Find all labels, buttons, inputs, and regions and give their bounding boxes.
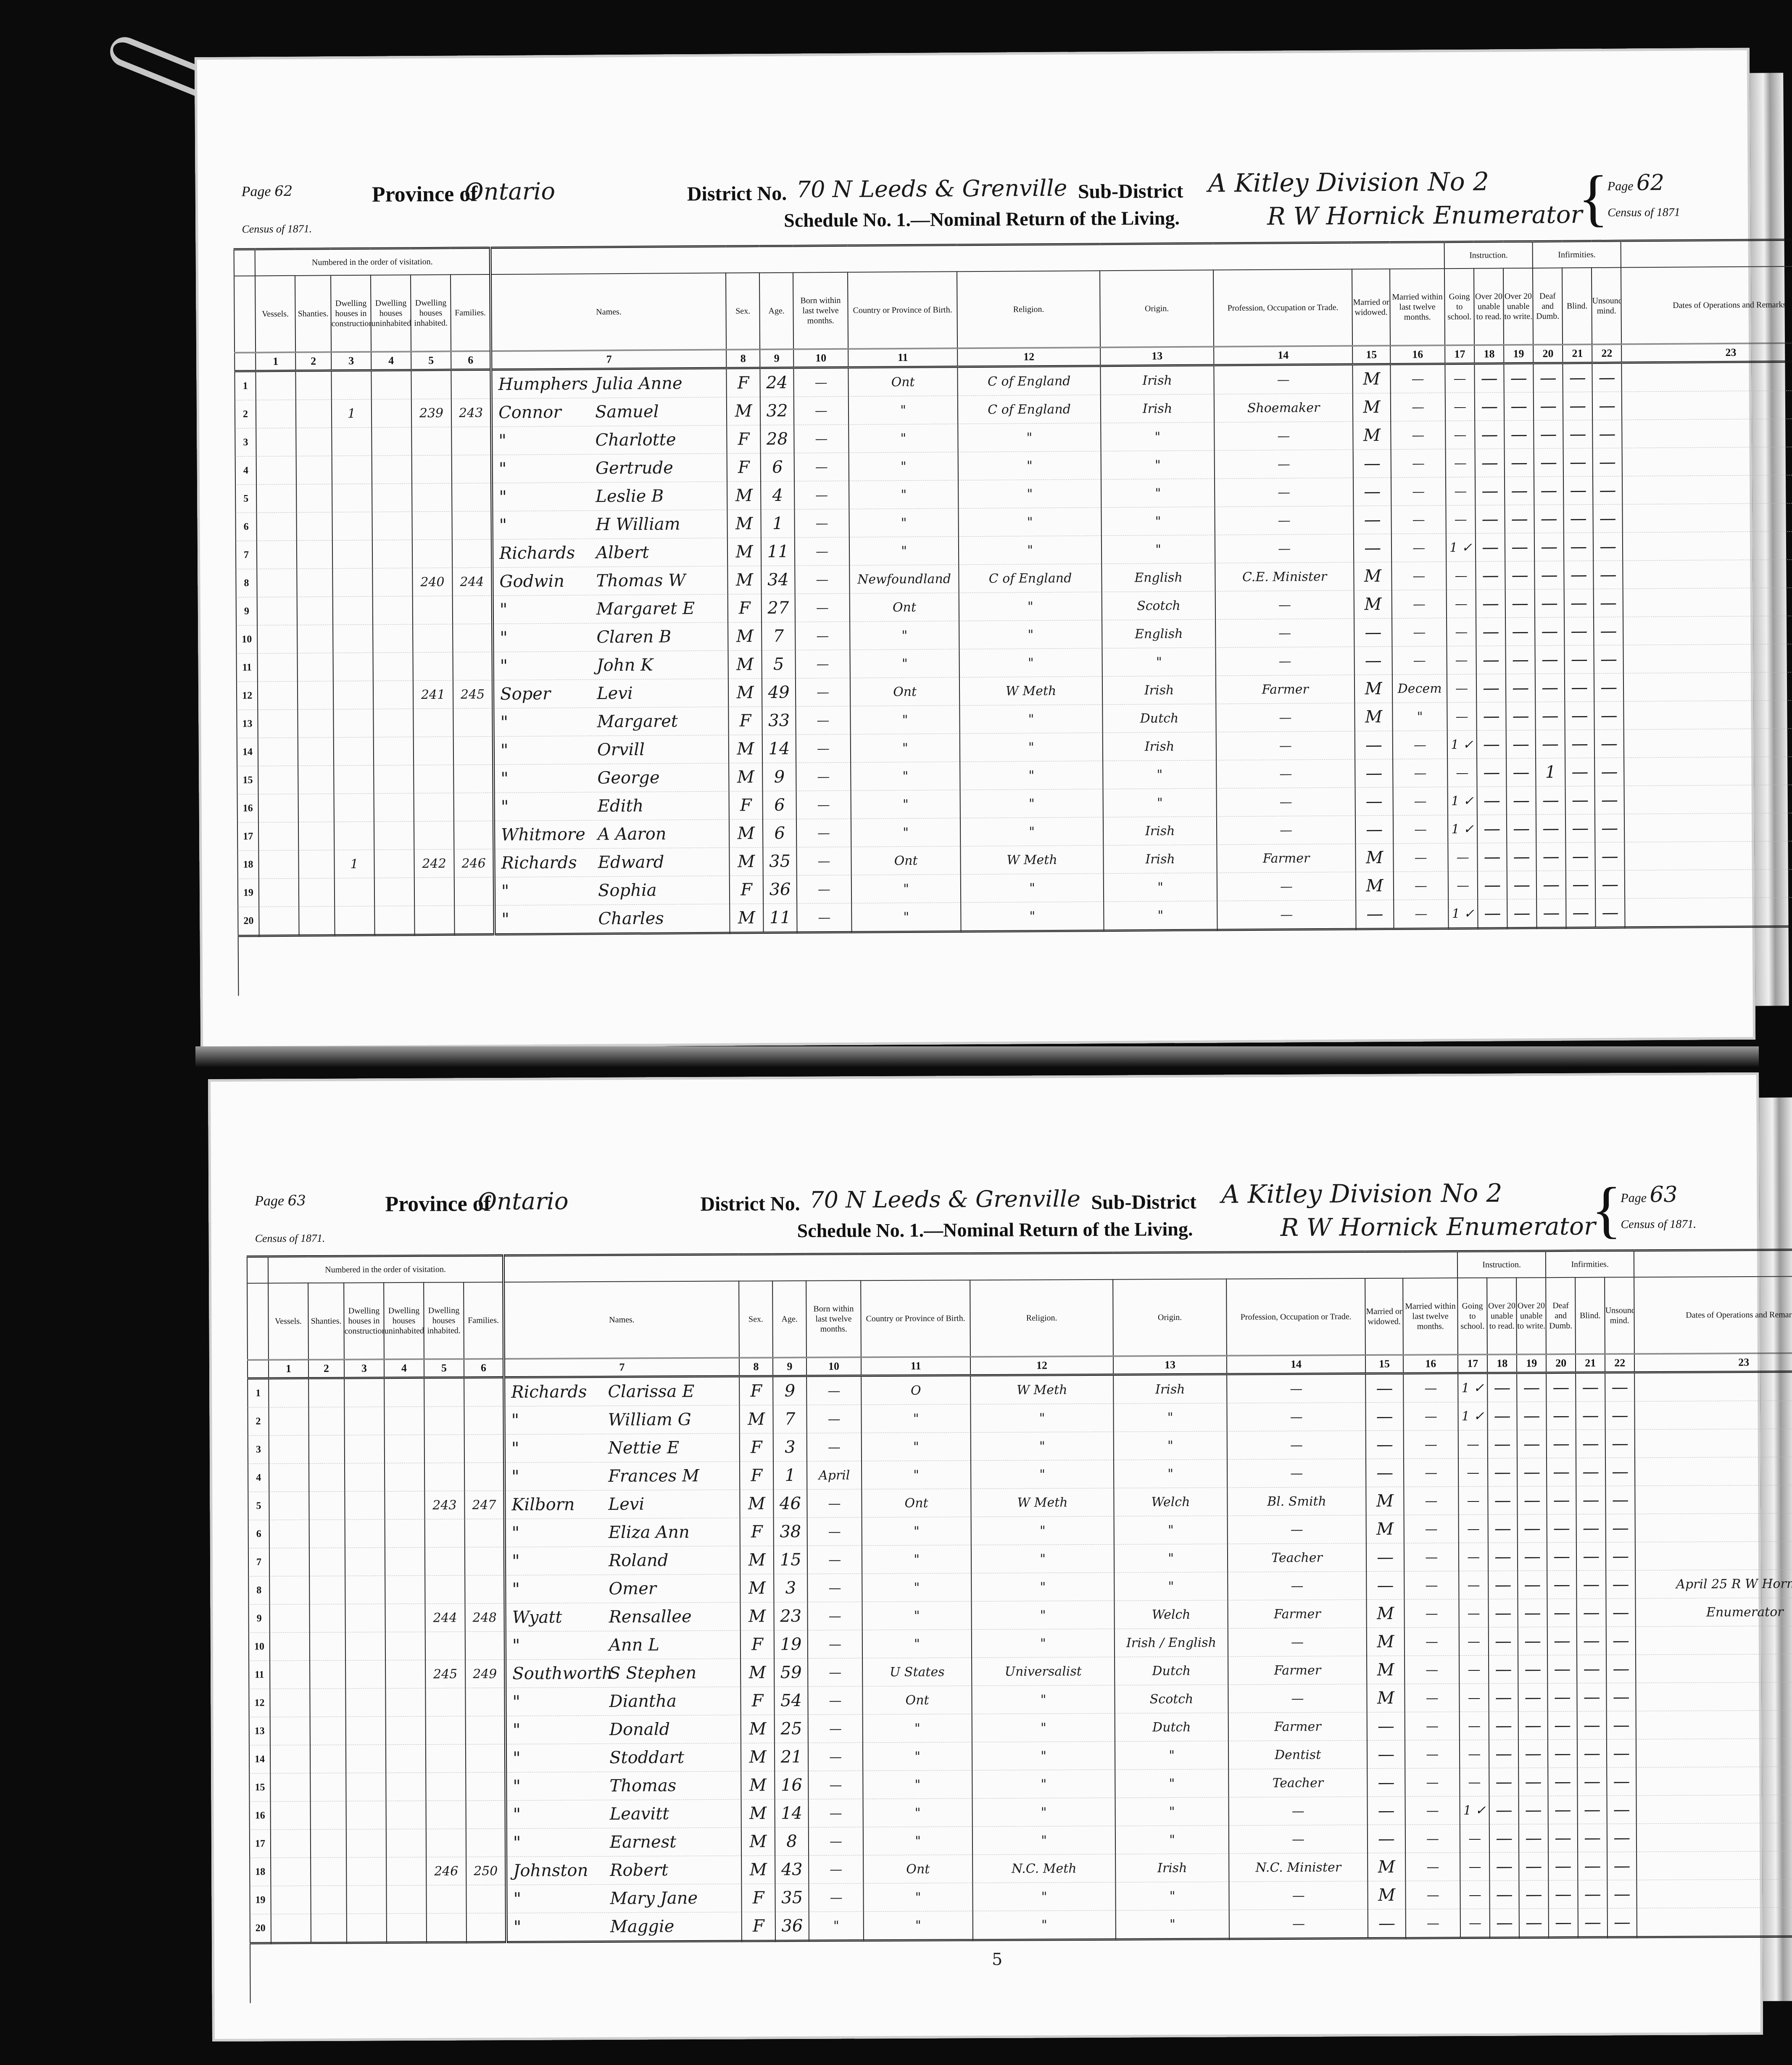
cell-deaf: — [1546, 1372, 1576, 1401]
person-name: "Frances M [504, 1462, 740, 1491]
cell-age: 7 [762, 622, 795, 650]
cell-remarks [1636, 1682, 1792, 1711]
cell-sex: M [728, 651, 762, 679]
empty-cell [373, 596, 413, 625]
schedule-title: Schedule No. 1.—Nominal Return of the Li… [784, 207, 1180, 232]
cell-married: — [1368, 1796, 1405, 1825]
cell-c6 [465, 1547, 505, 1575]
cell-deaf: — [1536, 899, 1566, 928]
empty-cell [374, 878, 414, 906]
col-number: 10 [806, 1357, 861, 1376]
cell-remarks [1635, 1457, 1792, 1486]
cell-c6 [453, 624, 493, 653]
cell-c6: 248 [465, 1603, 505, 1631]
cell-married12: — [1390, 364, 1445, 393]
surname: Soper [500, 684, 597, 704]
person-name: "Margaret E [493, 594, 728, 624]
cell-birth: " [851, 734, 960, 763]
line-number: 1 [235, 371, 256, 400]
surname: " [513, 1776, 609, 1796]
empty-cell [269, 1604, 309, 1633]
cell-married12: — [1391, 506, 1446, 534]
line-number: 6 [235, 513, 256, 541]
cell-deaf: — [1535, 645, 1565, 674]
cell-occupation: — [1215, 478, 1353, 507]
cell-married12: — [1391, 534, 1447, 562]
cell-born: — [796, 734, 851, 763]
cell-c6 [454, 906, 494, 935]
cell-origin: " [1114, 1459, 1227, 1488]
cell-c5 [412, 455, 452, 484]
line-number: 1 [248, 1378, 269, 1407]
col-header-18: Over 20 unable to read. [1487, 1277, 1517, 1354]
subdistrict-value: A Kitley Division No 2 [1221, 1179, 1502, 1209]
cell-write: — [1506, 758, 1536, 786]
cell-read: — [1488, 1458, 1517, 1486]
cell-c3 [333, 624, 373, 653]
cell-school: 1 ✓ [1458, 1373, 1487, 1402]
line-number: 6 [248, 1520, 269, 1548]
district-label: District No. [687, 182, 787, 205]
cell-married: — [1354, 618, 1392, 647]
line-number: 5 [235, 485, 256, 513]
empty-cell [271, 1802, 311, 1830]
empty-cell [298, 681, 333, 710]
empty-cell [373, 681, 413, 709]
cell-blind: — [1565, 674, 1594, 702]
brace-icon: { [1591, 1178, 1622, 1241]
cell-sex: M [740, 1546, 774, 1574]
empty-cell [385, 1575, 425, 1604]
cell-origin: " [1103, 788, 1217, 817]
cell-occupation: — [1215, 619, 1354, 648]
cell-occupation: — [1214, 421, 1353, 450]
cell-occupation: — [1228, 1628, 1367, 1657]
col-number: 4 [371, 352, 411, 371]
cell-sex: M [740, 1490, 773, 1518]
cell-remarks [1637, 1823, 1792, 1852]
district-value: 70 N Leeds & Grenville [796, 175, 1067, 203]
cell-age: 34 [761, 566, 795, 594]
cell-blind: — [1576, 1542, 1606, 1570]
cell-born: — [807, 1489, 862, 1518]
page-header: Page 62 Census of 1871. Province of Onta… [195, 48, 1750, 184]
cell-remarks [1624, 813, 1792, 842]
cell-age: 49 [762, 678, 796, 706]
cell-unsound: — [1593, 448, 1622, 476]
surname: Connor [498, 403, 595, 422]
cell-c6: 247 [464, 1491, 504, 1519]
surname: " [513, 1748, 609, 1768]
surname: " [511, 1410, 608, 1430]
given-name: William G [608, 1410, 691, 1430]
cell-unsound: — [1605, 1401, 1635, 1430]
surname: " [500, 656, 597, 676]
surname: Richards [501, 853, 598, 872]
cell-blind: — [1565, 702, 1594, 730]
cell-married: M [1368, 1881, 1405, 1909]
cell-married: — [1353, 449, 1391, 478]
given-name: Roland [609, 1551, 668, 1570]
col-number: 15 [1365, 1355, 1403, 1373]
group-infirmities: Infirmities. [1546, 1251, 1634, 1277]
surname: " [514, 1917, 610, 1937]
surname: " [512, 1692, 609, 1712]
empty-cell [269, 1435, 309, 1464]
cell-c3 [346, 1801, 386, 1829]
empty-cell [309, 1520, 345, 1548]
cell-unsound: — [1592, 392, 1622, 420]
cell-read: — [1476, 646, 1506, 674]
cell-sex: M [741, 1799, 775, 1828]
cell-religion: Universalist [972, 1657, 1115, 1686]
empty-cell [385, 1660, 425, 1688]
cell-married12: — [1405, 1712, 1460, 1741]
cell-deaf: — [1548, 1824, 1578, 1852]
col-header-19: Over 20 unable to write. [1503, 268, 1533, 345]
cell-age: 11 [761, 537, 795, 566]
empty-cell [311, 1914, 347, 1943]
cell-read: — [1476, 702, 1506, 730]
cell-sex: M [741, 1602, 774, 1630]
province-label: Province of [385, 1191, 491, 1217]
cell-origin: " [1115, 1797, 1229, 1826]
surname: " [499, 459, 596, 479]
cell-deaf: — [1547, 1683, 1577, 1711]
cell-c3 [345, 1548, 385, 1576]
cell-blind: — [1576, 1458, 1605, 1486]
enumerator-signature: R W Hornick Enumerator [1280, 1212, 1595, 1242]
empty-cell [298, 737, 334, 766]
cell-remarks [1637, 1794, 1792, 1823]
cell-origin: Irish [1100, 365, 1214, 395]
line-number: 4 [248, 1464, 269, 1492]
cell-occupation: C.E. Minister [1215, 562, 1354, 591]
empty-cell [271, 1914, 311, 1943]
header-label-row: Vessels. Shanties. Dwelling houses in co… [247, 1276, 1792, 1360]
col-number: 16 [1390, 345, 1445, 364]
cell-married12: — [1393, 843, 1448, 872]
cell-c6: 249 [465, 1659, 505, 1688]
cell-sex: M [727, 538, 761, 566]
cell-blind: — [1564, 561, 1593, 589]
cell-unsound: — [1606, 1514, 1635, 1542]
col-header-4: Dwelling houses uninhabited. [371, 275, 411, 352]
cell-read: — [1488, 1402, 1517, 1430]
cell-blind: — [1577, 1683, 1606, 1711]
cell-married12: — [1404, 1459, 1458, 1487]
cell-married: M [1366, 1515, 1404, 1543]
cell-married: — [1368, 1909, 1406, 1938]
col-header-7: Names. [490, 273, 726, 351]
line-number: 9 [248, 1604, 269, 1633]
person-name: "Charles [494, 904, 730, 934]
surname: " [498, 431, 595, 450]
surname: Johnston [513, 1861, 610, 1881]
cell-sex: M [730, 904, 763, 933]
subdistrict-value: A Kitley Division No 2 [1208, 167, 1489, 198]
cell-origin: English [1102, 563, 1215, 592]
empty-cell [385, 1463, 424, 1491]
col-number: 13 [1113, 1356, 1227, 1375]
cell-blind: — [1577, 1711, 1607, 1739]
cell-c3 [345, 1435, 385, 1463]
empty-cell [296, 400, 332, 428]
cell-origin: Irish [1102, 676, 1216, 705]
person-name: "Orvill [493, 735, 729, 764]
cell-birth: Ont [851, 846, 960, 875]
cell-c3 [346, 1857, 386, 1886]
cell-born: — [794, 481, 849, 509]
col-header-16: Married within last twelve months. [1403, 1278, 1458, 1355]
cell-c3 [332, 484, 372, 512]
cell-deaf: — [1549, 1908, 1578, 1937]
col-number: 13 [1100, 347, 1214, 366]
cell-c3 [332, 427, 372, 456]
person-name: SoperLevi [493, 679, 728, 708]
empty-cell [297, 653, 333, 682]
table-footer [238, 926, 1792, 996]
cell-origin: " [1114, 1516, 1228, 1544]
col-header-13: Origin. [1113, 1279, 1227, 1356]
empty-cell [258, 766, 298, 794]
cell-married: M [1354, 590, 1392, 619]
cell-write: — [1506, 730, 1536, 758]
cell-sex: M [741, 1743, 775, 1771]
cell-school: — [1448, 871, 1478, 899]
line-number: 4 [235, 456, 256, 485]
cell-c3: 1 [332, 399, 372, 428]
empty-cell [258, 794, 298, 822]
cell-born: — [808, 1686, 862, 1715]
cell-school: — [1459, 1515, 1488, 1543]
empty-cell [271, 1830, 311, 1858]
cell-deaf: — [1547, 1430, 1576, 1458]
cell-c3 [344, 1378, 384, 1407]
cell-remarks: April 25 R W Hornick [1635, 1569, 1792, 1598]
cell-read: — [1476, 618, 1505, 646]
cell-write: — [1505, 505, 1534, 533]
cell-read: — [1487, 1373, 1517, 1402]
cell-school: — [1459, 1655, 1489, 1683]
empty-cell [295, 371, 331, 400]
cell-religion: " [972, 1882, 1115, 1911]
cell-c5 [426, 1885, 466, 1913]
cell-remarks [1625, 869, 1792, 898]
cell-blind: — [1577, 1599, 1606, 1627]
cell-sex: M [729, 819, 763, 848]
cell-birth: " [851, 790, 960, 819]
person-name: "Sophia [494, 876, 730, 905]
cell-blind: — [1563, 363, 1592, 392]
cell-religion: " [971, 1572, 1114, 1601]
cell-occupation: Dentist [1228, 1741, 1367, 1769]
cell-deaf: — [1536, 843, 1565, 871]
line-number: 12 [237, 682, 258, 710]
cell-married12: — [1406, 1909, 1460, 1939]
person-name: "Charlotte [491, 425, 727, 455]
cell-deaf: — [1547, 1542, 1576, 1570]
empty-cell [258, 822, 298, 851]
cell-sex: F [740, 1433, 773, 1462]
cell-occupation: — [1217, 788, 1355, 817]
cell-c5: 239 [411, 399, 451, 427]
cell-age: 9 [762, 763, 796, 791]
cell-remarks [1635, 1400, 1792, 1429]
cell-remarks [1637, 1907, 1792, 1937]
census-rows: 1HumphersJulia AnneF24—OntC of EnglandIr… [235, 361, 1792, 936]
cell-age: 59 [774, 1658, 808, 1686]
cell-married12: — [1391, 449, 1446, 478]
surname: Southworth [512, 1664, 609, 1683]
cell-birth: " [851, 762, 960, 791]
col-number: 6 [464, 1359, 504, 1377]
cell-read: — [1490, 1881, 1519, 1909]
cell-c3 [334, 822, 374, 850]
cell-age: 27 [762, 594, 795, 622]
cell-born: — [794, 396, 849, 425]
surname: " [499, 487, 596, 507]
cell-occupation: Bl. Smith [1227, 1487, 1366, 1516]
cell-birth: " [862, 1545, 971, 1574]
cell-married: M [1367, 1684, 1405, 1712]
cell-married12: — [1393, 731, 1448, 759]
cell-born: — [807, 1546, 862, 1574]
cell-read: — [1476, 561, 1505, 590]
cell-c3 [335, 878, 374, 906]
cell-born: — [806, 1405, 861, 1433]
empty-cell [385, 1519, 425, 1547]
line-number: 13 [237, 710, 258, 738]
empty-cell [386, 1744, 426, 1773]
given-name: H William [596, 514, 680, 534]
empty-cell [297, 540, 332, 569]
cell-read: — [1490, 1909, 1519, 1938]
surname: " [512, 1523, 609, 1543]
col-number: 23 [1621, 343, 1792, 363]
cell-religion: W Meth [971, 1488, 1114, 1517]
col-header-5: Dwelling houses inhabited. [424, 1282, 464, 1359]
cell-birth: Ont [850, 677, 959, 706]
person-name: ConnorSamuel [491, 397, 727, 427]
cell-c5: 243 [424, 1491, 464, 1519]
empty-cell [372, 427, 411, 456]
cell-married: — [1367, 1712, 1405, 1740]
given-name: Julia Anne [595, 374, 683, 393]
surname: " [501, 740, 597, 760]
cell-born: — [808, 1658, 862, 1687]
cell-sex: M [741, 1715, 775, 1743]
cell-c6 [466, 1885, 506, 1913]
line-number: 18 [250, 1858, 271, 1886]
cell-blind: — [1578, 1908, 1608, 1937]
empty-cell [298, 850, 334, 879]
col-number: 16 [1403, 1355, 1458, 1374]
cell-sex: M [727, 566, 761, 594]
empty-cell [374, 765, 414, 794]
cell-age: 15 [774, 1546, 807, 1574]
cell-blind: — [1578, 1852, 1607, 1880]
cell-remarks [1637, 1879, 1792, 1908]
cell-occupation: — [1216, 731, 1355, 760]
empty-cell [259, 906, 299, 936]
cell-c3 [332, 512, 372, 540]
line-number: 10 [236, 625, 257, 653]
col-number: 12 [970, 1356, 1113, 1375]
cell-remarks [1624, 756, 1792, 786]
cell-remarks [1623, 531, 1792, 561]
district-value: 70 N Leeds & Grenville [809, 1185, 1080, 1213]
cell-married: M [1354, 562, 1391, 590]
subdistrict-label: Sub-District [1091, 1191, 1196, 1214]
col-header-2: Shanties. [295, 275, 331, 352]
cell-blind: — [1563, 420, 1592, 448]
cell-remarks [1636, 1738, 1792, 1767]
line-number: 20 [250, 1914, 271, 1943]
empty-cell [372, 456, 412, 484]
person-name: KilbornLevi [504, 1490, 740, 1519]
cell-c5: 242 [414, 849, 454, 878]
cell-religion: " [971, 1460, 1114, 1488]
cell-age: 6 [763, 791, 796, 819]
cell-married12: — [1403, 1402, 1458, 1431]
person-name: "Ann L [505, 1630, 741, 1659]
empty-cell [374, 737, 414, 766]
line-number: 7 [248, 1548, 269, 1576]
cell-origin: Irish [1103, 817, 1217, 845]
col-number: 17 [1458, 1354, 1487, 1373]
cell-birth: " [849, 537, 959, 566]
col-number: 7 [491, 350, 726, 369]
cell-blind: — [1564, 533, 1593, 561]
cell-occupation: — [1228, 1572, 1366, 1600]
cell-birth: O [861, 1375, 970, 1405]
cell-born: — [809, 1883, 863, 1912]
cell-c3 [333, 681, 373, 709]
cell-deaf: — [1534, 420, 1563, 448]
cell-deaf: — [1548, 1796, 1578, 1824]
empty-cell [374, 793, 414, 822]
given-name: Diantha [609, 1691, 676, 1711]
col-number: 23 [1634, 1353, 1792, 1372]
cell-born: — [794, 509, 849, 537]
given-name: Orvill [597, 740, 645, 760]
col-header-1: Vessels. [255, 276, 295, 353]
col-header-16: Married within last twelve months. [1390, 269, 1445, 345]
cell-remarks [1635, 1428, 1792, 1457]
empty-cell [257, 653, 297, 682]
col-header-18: Over 20 unable to read. [1474, 268, 1504, 345]
cell-school: — [1460, 1768, 1489, 1796]
given-name: Gertrude [596, 458, 673, 478]
col-header-23: Dates of Operations and Remarks. [1621, 266, 1792, 344]
surname: " [514, 1889, 610, 1909]
cell-write: — [1505, 617, 1535, 645]
cell-deaf: — [1547, 1655, 1577, 1683]
empty-cell [310, 1745, 346, 1773]
cell-married: — [1353, 506, 1391, 534]
empty-cell [298, 794, 334, 822]
cell-age: 1 [761, 509, 794, 537]
empty-cell [309, 1491, 345, 1520]
col-number: 17 [1445, 345, 1474, 363]
given-name: Earnest [610, 1832, 676, 1852]
surname: Godwin [499, 572, 596, 591]
col-number: 14 [1214, 346, 1352, 365]
cell-born: — [797, 903, 851, 932]
col-number: 10 [793, 349, 848, 368]
person-name: "Nettie E [504, 1433, 740, 1462]
